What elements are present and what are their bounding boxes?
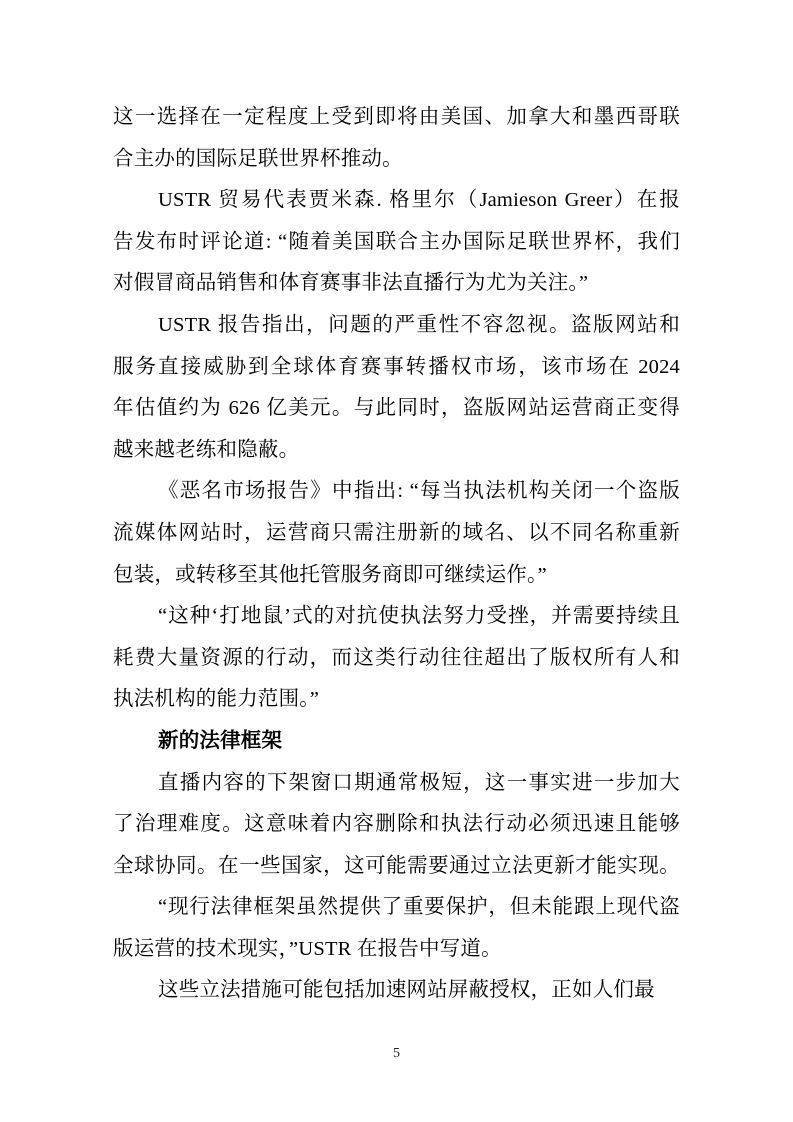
text-line: 包装，或转移至其他托管服务商即可继续运作。” <box>113 555 680 597</box>
text-line: 版运营的技术现实，”USTR 在报告中写道。 <box>113 929 680 971</box>
section-heading: 新的法律框架 <box>113 721 680 763</box>
text-line: 这些立法措施可能包括加速网站屏蔽授权，正如人们最 <box>113 970 680 1012</box>
document-body: 这一选择在一定程度上受到即将由美国、加拿大和墨西哥联 合主办的国际足联世界杯推动… <box>113 97 680 1012</box>
text-line: 耗费大量资源的行动，而这类行动往往超出了版权所有人和 <box>113 638 680 680</box>
document-page: 这一选择在一定程度上受到即将由美国、加拿大和墨西哥联 合主办的国际足联世界杯推动… <box>0 0 793 1122</box>
text-line: 越来越老练和隐蔽。 <box>113 430 680 472</box>
text-line: 服务直接威胁到全球体育赛事转播权市场，该市场在 2024 <box>113 347 680 389</box>
text-line: USTR 报告指出，问题的严重性不容忽视。盗版网站和 <box>113 305 680 347</box>
page-number: 5 <box>0 1044 793 1064</box>
text-line: 《恶名市场报告》中指出: “每当执法机构关闭一个盗版 <box>113 471 680 513</box>
text-line: 直播内容的下架窗口期通常极短，这一事实进一步加大 <box>113 763 680 805</box>
text-line: 合主办的国际足联世界杯推动。 <box>113 139 680 181</box>
text-line: 执法机构的能力范围。” <box>113 679 680 721</box>
text-line: USTR 贸易代表贾米森. 格里尔（Jamieson Greer）在报 <box>113 180 680 222</box>
text-line: “现行法律框架虽然提供了重要保护，但未能跟上现代盗 <box>113 887 680 929</box>
text-line: “这种‘打地鼠’式的对抗使执法努力受挫，并需要持续且 <box>113 596 680 638</box>
text-line: 流媒体网站时，运营商只需注册新的域名、以不同名称重新 <box>113 513 680 555</box>
text-line: 了治理难度。这意味着内容删除和执法行动必须迅速且能够 <box>113 804 680 846</box>
text-line: 这一选择在一定程度上受到即将由美国、加拿大和墨西哥联 <box>113 97 680 139</box>
text-line: 全球协同。在一些国家，这可能需要通过立法更新才能实现。 <box>113 846 680 888</box>
text-line: 告发布时评论道: “随着美国联合主办国际足联世界杯，我们 <box>113 222 680 264</box>
text-line: 对假冒商品销售和体育赛事非法直播行为尤为关注。” <box>113 263 680 305</box>
text-line: 年估值约为 626 亿美元。与此同时，盗版网站运营商正变得 <box>113 388 680 430</box>
